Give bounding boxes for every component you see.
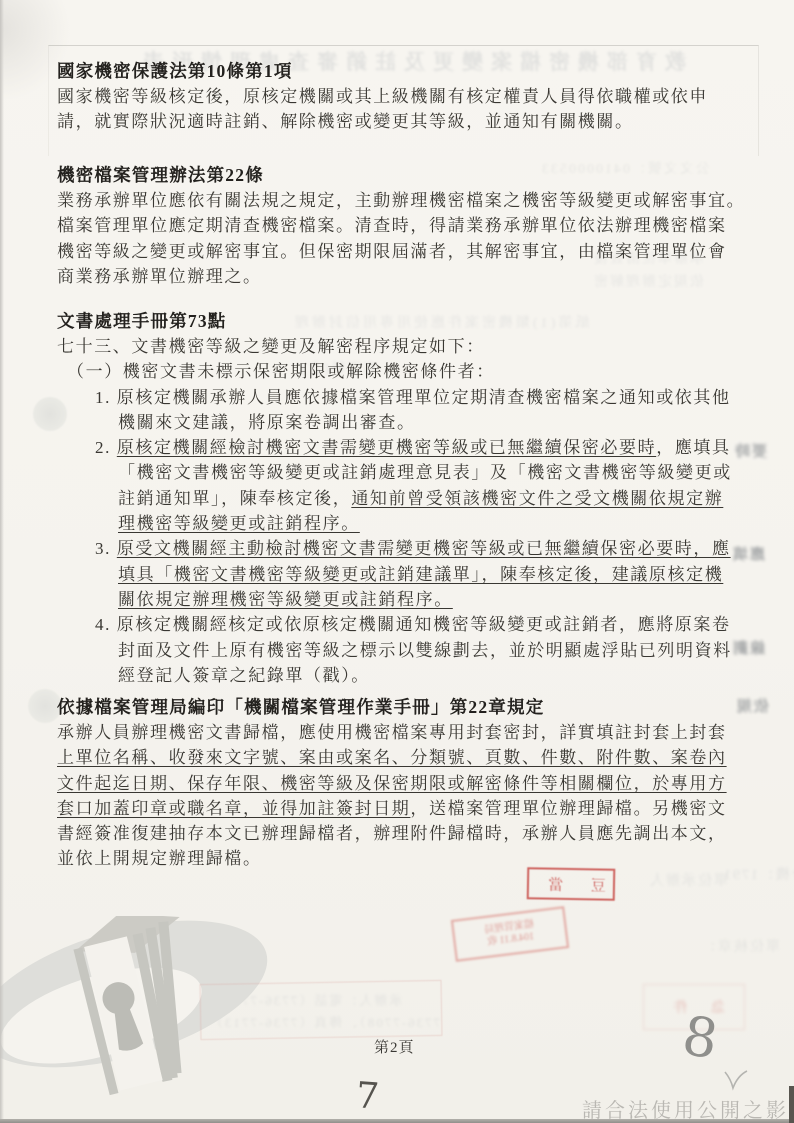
text-run: 並依上開規定辦理歸檔。 — [57, 849, 262, 868]
text-line: 業務承辦單位應依有關法規之規定，主動辦理機密檔案之機密等級變更或解密事宜。 — [57, 188, 767, 213]
scan-edge — [789, 1086, 794, 1123]
text-run: 請，就實際狀況適時註銷、解除機密或變更其等級，並通知有關機關。 — [57, 112, 634, 131]
section: 依據檔案管理局編印「機關檔案管理作業手冊」第22章規定承辦人員辦理機密文書歸檔，… — [57, 694, 767, 872]
text-line: 書經簽准復建抽存本文已辦理歸檔者，辦理附件歸檔時，承辦人員應先調出本文， — [57, 821, 767, 846]
underlined-text: 套口加蓋印章或職名章，並得加註簽封日期 — [57, 799, 410, 818]
text-line: 4. 原核定機關經核定或依原核定機關通知機密等級變更或註銷者，應將原案卷 — [95, 612, 767, 637]
text-run: 書經簽准復建抽存本文已辦理歸檔者，辦理附件歸檔時，承辦人員應先調出本文， — [57, 824, 727, 843]
text-line: 理機密等級變更或註銷程序。 — [118, 511, 767, 536]
underlined-text: 關依規定辦理機密等級變更或註銷程序。 — [118, 590, 453, 609]
section-heading: 國家機密保護法第10條第1項 — [57, 58, 767, 84]
text-line: 機密等級之變更或解密事宜。但保密期限屆滿者，其解密事宜，由檔案管理單位會 — [57, 239, 767, 264]
text-line: 3. 原受文機關經主動檢討機密文書需變更機密等級或已無繼續保密必要時，應 — [95, 536, 767, 561]
text-line: 「機密文書機密等級變更或註銷處理意見表」及「機密文書機密等級變更或 — [118, 460, 767, 485]
text-run: 七十三、文書機密等級之變更及解密程序規定如下： — [57, 337, 485, 356]
underlined-text: 通知前曾受領該機密文件之受文機關依規定辦 — [351, 489, 723, 508]
text-run: 國家機密等級核定後，原核定機關或其上級機關有核定權責人員得依職權或依申 — [57, 87, 708, 106]
text-line: 商業務承辦單位辦理之。 — [57, 264, 767, 289]
scan-edge — [0, 0, 4, 1123]
red-stamp-bleedthrough: 檔案管理局 104.8.11 收 — [451, 906, 569, 962]
text-line: 承辦人員辦理機密文書歸檔，應使用機密檔案專用封套密封，詳實填註封套上封套 — [57, 720, 767, 745]
text-line: 套口加蓋印章或職名章，並得加註簽封日期，送檔案管理單位辦理歸檔。另機密文 — [57, 796, 767, 821]
underlined-text: 理機密等級變更或註銷程序。 — [118, 514, 360, 533]
section: 國家機密保護法第10條第1項國家機密等級核定後，原核定機關或其上級機關有核定權責… — [57, 58, 767, 135]
text-run: 封面及文件上原有機密等級之標示以雙線劃去，並於明顯處浮貼已列明資料 — [118, 641, 732, 660]
text-line: 文件起迄日期、保存年限、機密等級及保密期限或解密條件等相關欄位，於專用方 — [57, 771, 767, 796]
text-run: 「機密文書機密等級變更或註銷處理意見表」及「機密文書機密等級變更或 — [118, 463, 732, 482]
text-run: 註銷通知單」，陳奉核定後， — [118, 489, 351, 508]
text-run: 1. 原核定機關承辦人員應依據檔案管理單位定期清查機密檔案之通知或依其他 — [95, 388, 731, 407]
bleedthrough-text: 單位核章： — [700, 936, 780, 956]
text-line: 七十三、文書機密等級之變更及解密程序規定如下： — [57, 334, 767, 359]
red-box-bleedthrough — [200, 980, 443, 1040]
text-run: 經登記人簽章之紀錄單（戳）。 — [118, 666, 370, 685]
text-line: 檔案管理單位應定期清查機密檔案。清查時，得請業務承辦單位依法辦理機密檔案 — [57, 213, 767, 238]
section-heading: 文書處理手冊第73點 — [57, 308, 767, 334]
text-run: 機關來文建議，將原案卷調出審查。 — [118, 413, 416, 432]
text-line: 機關來文建議，將原案卷調出審查。 — [118, 410, 767, 435]
section: 機密檔案管理辦法第22條業務承辦單位應依有關法規之規定，主動辦理機密檔案之機密等… — [57, 162, 767, 289]
red-stamp-bleedthrough: 豆 當 — [527, 867, 616, 901]
text-run: 4. 原核定機關經核定或依原核定機關通知機密等級變更或註銷者，應將原案卷 — [95, 615, 731, 634]
scanned-document-page: 教育部機密檔案變更及註銷審查處理情形表 公文文號：0410000533 承辦單位… — [0, 0, 794, 1123]
section-heading: 依據檔案管理局編印「機關檔案管理作業手冊」第22章規定 — [57, 694, 767, 720]
underlined-text: 填具「機密文書機密等級變更或註銷建議單」，陳奉核定後，建議原核定機 — [118, 565, 723, 584]
text-run: ，應填具 — [656, 438, 730, 457]
section: 文書處理手冊第73點七十三、文書機密等級之變更及解密程序規定如下：（一）機密文書… — [57, 308, 767, 688]
text-line: （一）機密文書未標示保密期限或解除機密條件者： — [67, 359, 767, 384]
text-line: 上單位名稱、收發來文字號、案由或案名、分類號、頁數、件數、附件數、案卷內 — [57, 745, 767, 770]
text-line: 封面及文件上原有機密等級之標示以雙線劃去，並於明顯處浮貼已列明資料 — [118, 638, 767, 663]
text-line: 註銷通知單」，陳奉核定後，通知前曾受領該機密文件之受文機關依規定辦 — [118, 486, 767, 511]
text-line: 請，就實際狀況適時註銷、解除機密或變更其等級，並通知有關機關。 — [57, 109, 767, 134]
scan-edge — [0, 1119, 794, 1123]
text-line: 關依規定辦理機密等級變更或註銷程序。 — [118, 587, 767, 612]
text-line: 並依上開規定辦理歸檔。 — [57, 846, 767, 871]
text-line: 國家機密等級核定後，原核定機關或其上級機關有核定權責人員得依職權或依申 — [57, 84, 767, 109]
text-run: 商業務承辦單位辦理之。 — [57, 267, 262, 286]
underlined-text: 原核定機關經檢討機密文書需變更機密等級或已無繼續保密必要時 — [117, 438, 656, 457]
handwritten-digit: 7 — [355, 1075, 381, 1117]
text-run: 業務承辦單位應依有關法規之規定，主動辦理機密檔案之機密等級變更或解密事宜。 — [57, 191, 745, 210]
underlined-text: 原受文機關經主動檢討機密文書需變更機密等級或已無繼續保密必要時，應 — [117, 539, 731, 558]
text-run: ，送檔案管理單位辦理歸檔。另機密文 — [410, 799, 726, 818]
text-line: 經登記人簽章之紀錄單（戳）。 — [118, 663, 767, 688]
underlined-text: 上單位名稱、收發來文字號、案由或案名、分類號、頁數、件數、附件數、案卷內 — [57, 748, 727, 767]
text-line: 1. 原核定機關承辦人員應依據檔案管理單位定期清查機密檔案之通知或依其他 — [95, 385, 767, 410]
text-run: 3. — [95, 539, 117, 558]
text-run: 承辦人員辦理機密文書歸檔，應使用機密檔案專用封套密封，詳實填註封套上封套 — [57, 723, 727, 742]
page-number: 第2頁 — [374, 1036, 415, 1057]
text-line: 2. 原核定機關經檢討機密文書需變更機密等級或已無繼續保密必要時，應填具 — [95, 435, 767, 460]
underlined-text: 文件起迄日期、保存年限、機密等級及保密期限或解密條件等相關欄位，於專用方 — [57, 774, 727, 793]
text-line: 填具「機密文書機密等級變更或註銷建議單」，陳奉核定後，建議原核定機 — [118, 562, 767, 587]
pen-squiggle-mark — [722, 1068, 750, 1092]
bleedthrough-text: 單位承辦人 — [648, 870, 728, 890]
text-run: 2. — [95, 438, 117, 457]
text-run: 檔案管理單位應定期清查機密檔案。清查時，得請業務承辦單位依法辦理機密檔案 — [57, 216, 727, 235]
text-run: 機密等級之變更或解密事宜。但保密期限屆滿者，其解密事宜，由檔案管理單位會 — [57, 242, 727, 261]
section-heading: 機密檔案管理辦法第22條 — [57, 162, 767, 188]
text-run: （一）機密文書未標示保密期限或解除機密條件者： — [67, 362, 495, 381]
